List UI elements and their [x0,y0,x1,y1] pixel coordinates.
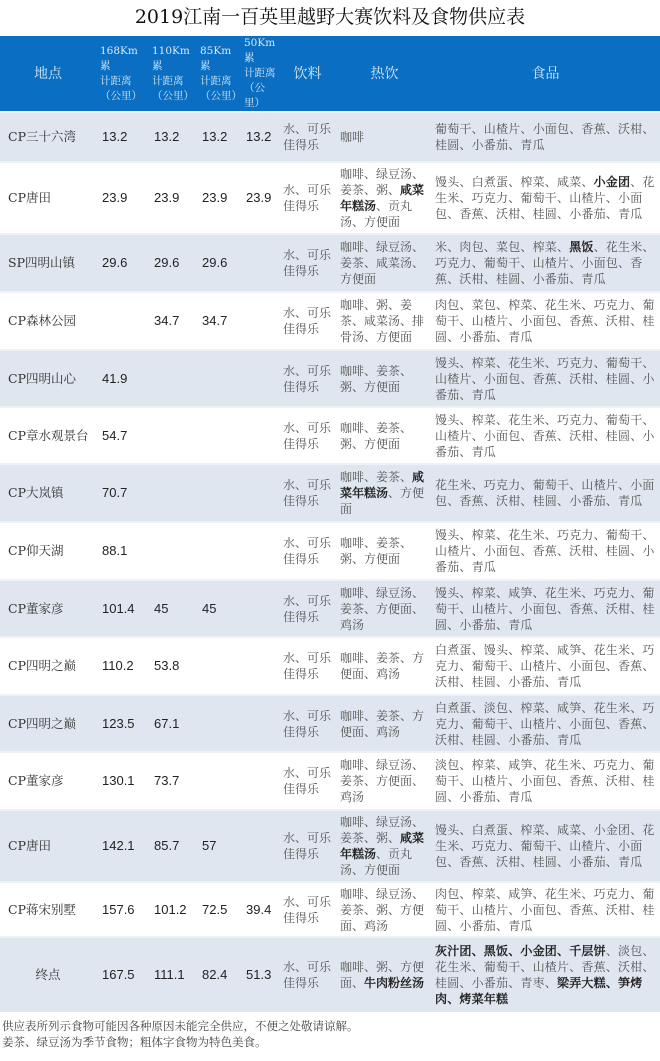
location-cell: CP蒋宋别墅 [0,882,96,937]
location-cell: CP大岚镇 [0,464,96,522]
table-row: CP四明之巅110.253.8水、可乐佳得乐咖啡、姜茶、方便面、鸡汤白煮蛋、馒头… [0,637,660,695]
drinks-text: 水、可乐佳得乐 [283,535,338,567]
dist-168-cell: 70.7 [96,464,148,522]
hot-drinks-cell: 咖啡、姜茶、方便面、鸡汤 [338,695,431,752]
dist-168-cell: 88.1 [96,522,148,580]
food-cell: 灰汁团、黑饭、小金团、千层饼、淡包、花生米、葡萄干、山楂片、香蕉、沃柑、桂圆、小… [431,937,660,1012]
hot-drinks-cell: 咖啡、姜茶、粥、方便面 [338,407,431,464]
drinks-cell: 水、可乐佳得乐 [277,752,338,810]
drinks-line: 佳得乐 [283,910,338,926]
drinks-cell: 水、可乐佳得乐 [277,580,338,637]
header-dist-85-line1: 85Km累 [200,44,240,74]
dist-168-cell: 130.1 [96,752,148,810]
location-cell: SP四明山镇 [0,234,96,292]
supply-table: 地点 168Km累 计距离 （公里） 110Km累 计距离 （公里） 85Km累… [0,36,660,1012]
hot-drinks-cell: 咖啡、姜茶、粥、方便面 [338,522,431,580]
item-text: 馒头、白煮蛋、榨菜、咸菜、 [435,175,594,189]
dist-85-cell: 34.7 [196,292,240,350]
dist-110-cell [148,522,196,580]
header-dist-50-line3: （公里） [244,81,277,111]
food-cell: 肉包、菜包、榨菜、花生米、巧克力、葡萄干、山楂片、小面包、香蕉、沃柑、桂圆、小番… [431,292,660,350]
hot-drinks-cell: 咖啡、粥、姜茶、咸菜汤、排骨汤、方便面 [338,292,431,350]
dist-110-cell: 101.2 [148,882,196,937]
drinks-line: 佳得乐 [283,137,338,153]
location-cell: CP章水观景台 [0,407,96,464]
header-hot-drinks: 热饮 [338,36,431,112]
hot-drinks-cell: 咖啡 [338,112,431,162]
dist-85-cell [196,350,240,407]
drinks-cell: 水、可乐佳得乐 [277,637,338,695]
dist-85-cell [196,464,240,522]
item-text: 咖啡 [340,130,364,144]
specialty-item: 灰汁团、黑饭、小金团、千层饼 [435,944,606,958]
table-row: CP唐田23.923.923.923.9水、可乐佳得乐咖啡、绿豆汤、姜茶、粥、咸… [0,162,660,234]
location-cell: CP森林公园 [0,292,96,350]
hot-drinks-cell: 咖啡、绿豆汤、姜茶、方便面、鸡汤 [338,580,431,637]
food-cell: 馒头、榨菜、花生米、巧克力、葡萄干、山楂片、小面包、香蕉、沃柑、桂圆、小番茄、青… [431,407,660,464]
dist-85-cell: 29.6 [196,234,240,292]
drinks-line: 水、可乐 [283,765,338,781]
dist-168-cell: 101.4 [96,580,148,637]
item-text: 肉包、菜包、榨菜、花生米、巧克力、葡萄干、山楂片、小面包、香蕉、沃柑、桂圆、小番… [435,298,655,344]
drinks-line: 水、可乐 [283,305,338,321]
footer-note-1: 供应表所列示食物可能因各种原因未能完全供应，不便之处敬请谅解。 [2,1018,660,1034]
drinks-line: 佳得乐 [283,263,338,279]
dist-110-cell: 111.1 [148,937,196,1012]
food-cell: 馒头、榨菜、花生米、巧克力、葡萄干、山楂片、小面包、香蕉、沃柑、桂圆、小番茄、青… [431,522,660,580]
drinks-line: 水、可乐 [283,593,338,609]
food-cell: 馒头、白煮蛋、榨菜、咸菜、小金团、花生米、巧克力、葡萄干、山楂片、小面包、香蕉、… [431,810,660,882]
table-row: CP章水观景台54.7水、可乐佳得乐咖啡、姜茶、粥、方便面馒头、榨菜、花生米、巧… [0,407,660,464]
dist-85-cell [196,637,240,695]
header-dist-168-line3: （公里） [100,89,148,104]
dist-85-cell: 72.5 [196,882,240,937]
page-title: 2019江南一百英里越野大赛饮料及食物供应表 [0,0,660,36]
hot-drinks-cell: 咖啡、姜茶、方便面、鸡汤 [338,637,431,695]
item-text: 咖啡、绿豆汤、姜茶、方便面、鸡汤 [340,586,424,632]
dist-85-cell [196,407,240,464]
hot-drinks-cell: 咖啡、姜茶、咸菜年糕汤、方便面 [338,464,431,522]
drinks-text: 水、可乐佳得乐 [283,650,338,682]
table-row: CP三十六湾13.213.213.213.2水、可乐佳得乐咖啡葡萄干、山楂片、小… [0,112,660,162]
drinks-line: 佳得乐 [283,379,338,395]
header-food: 食品 [431,36,660,112]
drinks-line: 水、可乐 [283,363,338,379]
item-text: 咖啡、姜茶、 [340,470,412,484]
table-row: CP仰天湖88.1水、可乐佳得乐咖啡、姜茶、粥、方便面馒头、榨菜、花生米、巧克力… [0,522,660,580]
food-cell: 馒头、白煮蛋、榨菜、咸菜、小金团、花生米、巧克力、葡萄干、山楂片、小面包、香蕉、… [431,162,660,234]
food-cell: 肉包、榨菜、咸笋、花生米、巧克力、葡萄干、山楂片、小面包、香蕉、沃柑、桂圆、小番… [431,882,660,937]
item-text: 咖啡、姜茶、粥、方便面 [340,536,412,566]
drinks-line: 佳得乐 [283,493,338,509]
dist-110-cell: 73.7 [148,752,196,810]
dist-110-cell: 45 [148,580,196,637]
drinks-text: 水、可乐佳得乐 [283,420,338,452]
specialty-item: 黑饭 [569,240,593,254]
drinks-line: 佳得乐 [283,436,338,452]
table-row: SP四明山镇29.629.629.6水、可乐佳得乐咖啡、绿豆汤、姜茶、咸菜汤、方… [0,234,660,292]
header-dist-110: 110Km累 计距离 （公里） [148,36,196,112]
item-text: 馒头、榨菜、花生米、巧克力、葡萄干、山楂片、小面包、香蕉、沃柑、桂圆、小番茄、青… [435,413,655,459]
location-cell: CP仰天湖 [0,522,96,580]
food-cell: 淡包、榨菜、咸笋、花生米、巧克力、葡萄干、山楂片、小面包、香蕉、沃柑、桂圆、小番… [431,752,660,810]
drinks-text: 水、可乐佳得乐 [283,830,338,862]
drinks-cell: 水、可乐佳得乐 [277,350,338,407]
hot-drinks-cell: 咖啡、绿豆汤、姜茶、咸菜汤、方便面 [338,234,431,292]
dist-50-cell [240,810,277,882]
food-cell: 白煮蛋、馒头、榨菜、咸笋、花生米、巧克力、葡萄干、山楂片、小面包、香蕉、沃柑、桂… [431,637,660,695]
dist-50-cell [240,350,277,407]
drinks-text: 水、可乐佳得乐 [283,593,338,625]
drinks-line: 佳得乐 [283,846,338,862]
header-dist-110-line3: （公里） [152,89,196,104]
drinks-text: 水、可乐佳得乐 [283,121,338,153]
drinks-cell: 水、可乐佳得乐 [277,162,338,234]
item-text: 白煮蛋、淡包、榨菜、咸笋、花生米、巧克力、葡萄干、山楂片、小面包、香蕉、沃柑、桂… [435,701,655,747]
hot-drinks-cell: 咖啡、绿豆汤、姜茶、方便面、鸡汤 [338,752,431,810]
dist-50-cell: 23.9 [240,162,277,234]
drinks-line: 水、可乐 [283,477,338,493]
item-text: 咖啡、姜茶、方便面、鸡汤 [340,709,424,739]
item-text: 淡包、榨菜、咸笋、花生米、巧克力、葡萄干、山楂片、小面包、香蕉、沃柑、桂圆、小番… [435,758,655,804]
item-text: 肉包、榨菜、咸笋、花生米、巧克力、葡萄干、山楂片、小面包、香蕉、沃柑、桂圆、小番… [435,887,655,933]
header-location: 地点 [0,36,96,112]
table-body: CP三十六湾13.213.213.213.2水、可乐佳得乐咖啡葡萄干、山楂片、小… [0,112,660,1012]
food-cell: 馒头、榨菜、花生米、巧克力、葡萄干、山楂片、小面包、香蕉、沃柑、桂圆、小番茄、青… [431,350,660,407]
drinks-line: 水、可乐 [283,535,338,551]
dist-168-cell: 41.9 [96,350,148,407]
dist-110-cell: 85.7 [148,810,196,882]
dist-85-cell [196,522,240,580]
drinks-text: 水、可乐佳得乐 [283,477,338,509]
dist-50-cell: 13.2 [240,112,277,162]
footer-notes: 供应表所列示食物可能因各种原因未能完全供应，不便之处敬请谅解。 姜茶、绿豆汤为季… [0,1012,660,1050]
hot-drinks-cell: 咖啡、绿豆汤、姜茶、粥、咸菜年糕汤、贡丸汤、方便面 [338,810,431,882]
dist-50-cell [240,695,277,752]
dist-50-cell [240,234,277,292]
food-cell: 白煮蛋、淡包、榨菜、咸笋、花生米、巧克力、葡萄干、山楂片、小面包、香蕉、沃柑、桂… [431,695,660,752]
drinks-cell: 水、可乐佳得乐 [277,464,338,522]
table-row: CP四明山心41.9水、可乐佳得乐咖啡、姜茶、粥、方便面馒头、榨菜、花生米、巧克… [0,350,660,407]
food-cell: 花生米、巧克力、葡萄干、山楂片、小面包、香蕉、沃柑、桂圆、小番茄、青瓜 [431,464,660,522]
drinks-line: 佳得乐 [283,198,338,214]
table-row: CP蒋宋别墅157.6101.272.539.4水、可乐佳得乐咖啡、绿豆汤、姜茶… [0,882,660,937]
location-cell: CP唐田 [0,162,96,234]
dist-50-cell [240,580,277,637]
drinks-line: 佳得乐 [283,551,338,567]
location-cell: CP董家彦 [0,752,96,810]
dist-168-cell: 167.5 [96,937,148,1012]
dist-110-cell: 13.2 [148,112,196,162]
location-cell: CP三十六湾 [0,112,96,162]
header-drinks: 饮料 [277,36,338,112]
table-row: CP董家彦130.173.7水、可乐佳得乐咖啡、绿豆汤、姜茶、方便面、鸡汤淡包、… [0,752,660,810]
header-dist-50: 50Km累 计距离 （公里） [240,36,277,112]
drinks-line: 佳得乐 [283,321,338,337]
dist-110-cell: 29.6 [148,234,196,292]
dist-85-cell: 57 [196,810,240,882]
drinks-text: 水、可乐佳得乐 [283,765,338,797]
drinks-text: 水、可乐佳得乐 [283,305,338,337]
table-row: CP四明之巅123.567.1水、可乐佳得乐咖啡、姜茶、方便面、鸡汤白煮蛋、淡包… [0,695,660,752]
drinks-line: 水、可乐 [283,650,338,666]
dist-85-cell: 13.2 [196,112,240,162]
dist-168-cell [96,292,148,350]
specialty-item: 小金团 [594,175,631,189]
drinks-line: 水、可乐 [283,247,338,263]
drinks-text: 水、可乐佳得乐 [283,708,338,740]
food-cell: 葡萄干、山楂片、小面包、香蕉、沃柑、桂圆、小番茄、青瓜 [431,112,660,162]
table-header-row: 地点 168Km累 计距离 （公里） 110Km累 计距离 （公里） 85Km累… [0,36,660,112]
item-text: 馒头、榨菜、咸笋、花生米、巧克力、葡萄干、山楂片、小面包、香蕉、沃柑、桂圆、小番… [435,586,655,632]
drinks-line: 水、可乐 [283,182,338,198]
hot-drinks-cell: 咖啡、姜茶、粥、方便面 [338,350,431,407]
footer-note-2: 姜茶、绿豆汤为季节食物；粗体字食物为特色美食。 [2,1034,660,1050]
drinks-text: 水、可乐佳得乐 [283,959,338,991]
drinks-text: 水、可乐佳得乐 [283,182,338,214]
header-dist-168-line1: 168Km累 [100,44,148,74]
drinks-line: 佳得乐 [283,724,338,740]
dist-168-cell: 23.9 [96,162,148,234]
table-row: CP唐田142.185.757水、可乐佳得乐咖啡、绿豆汤、姜茶、粥、咸菜年糕汤、… [0,810,660,882]
item-text: 馒头、白煮蛋、榨菜、咸菜、小金团、花生米、巧克力、葡萄干、山楂片、小面包、香蕉、… [435,823,655,869]
dist-110-cell [148,407,196,464]
header-dist-110-line1: 110Km累 [152,44,196,74]
header-dist-85-line2: 计距离 [200,74,240,89]
dist-110-cell [148,350,196,407]
drinks-cell: 水、可乐佳得乐 [277,292,338,350]
drinks-text: 水、可乐佳得乐 [283,247,338,279]
header-dist-50-line1: 50Km累 [244,36,277,66]
header-dist-110-line2: 计距离 [152,74,196,89]
item-text: 咖啡、姜茶、粥、方便面 [340,421,412,451]
drinks-line: 佳得乐 [283,975,338,991]
dist-110-cell: 34.7 [148,292,196,350]
drinks-cell: 水、可乐佳得乐 [277,882,338,937]
dist-50-cell [240,637,277,695]
drinks-cell: 水、可乐佳得乐 [277,234,338,292]
item-text: 咖啡、绿豆汤、姜茶、方便面、鸡汤 [340,758,424,804]
dist-50-cell [240,464,277,522]
dist-50-cell [240,752,277,810]
header-dist-168-line2: 计距离 [100,74,148,89]
drinks-cell: 水、可乐佳得乐 [277,695,338,752]
drinks-text: 水、可乐佳得乐 [283,363,338,395]
dist-50-cell [240,407,277,464]
dist-168-cell: 157.6 [96,882,148,937]
location-cell: CP四明山心 [0,350,96,407]
dist-168-cell: 13.2 [96,112,148,162]
drinks-line: 水、可乐 [283,121,338,137]
header-dist-50-line2: 计距离 [244,66,277,81]
table-row: CP大岚镇70.7水、可乐佳得乐咖啡、姜茶、咸菜年糕汤、方便面花生米、巧克力、葡… [0,464,660,522]
location-cell: CP四明之巅 [0,637,96,695]
item-text: 咖啡、绿豆汤、姜茶、咸菜汤、方便面 [340,240,424,286]
drinks-line: 水、可乐 [283,830,338,846]
drinks-cell: 水、可乐佳得乐 [277,112,338,162]
dist-168-cell: 110.2 [96,637,148,695]
dist-50-cell: 39.4 [240,882,277,937]
item-text: 葡萄干、山楂片、小面包、香蕉、沃柑、桂圆、小番茄、青瓜 [435,122,655,152]
dist-50-cell [240,522,277,580]
drinks-line: 水、可乐 [283,708,338,724]
drinks-line: 水、可乐 [283,894,338,910]
hot-drinks-cell: 咖啡、绿豆汤、姜茶、粥、方便面、鸡汤 [338,882,431,937]
drinks-line: 水、可乐 [283,959,338,975]
dist-110-cell: 53.8 [148,637,196,695]
food-cell: 馒头、榨菜、咸笋、花生米、巧克力、葡萄干、山楂片、小面包、香蕉、沃柑、桂圆、小番… [431,580,660,637]
drinks-cell: 水、可乐佳得乐 [277,937,338,1012]
food-cell: 米、肉包、菜包、榨菜、黑饭、花生米、巧克力、葡萄干、山楂片、小面包、香蕉、沃柑、… [431,234,660,292]
dist-168-cell: 29.6 [96,234,148,292]
drinks-line: 佳得乐 [283,781,338,797]
item-text: 花生米、巧克力、葡萄干、山楂片、小面包、香蕉、沃柑、桂圆、小番茄、青瓜 [435,478,655,508]
dist-85-cell [196,695,240,752]
dist-85-cell [196,752,240,810]
item-text: 咖啡、粥、姜茶、咸菜汤、排骨汤、方便面 [340,298,424,344]
dist-110-cell: 23.9 [148,162,196,234]
item-text: 咖啡、绿豆汤、姜茶、粥、方便面、鸡汤 [340,887,424,933]
drinks-cell: 水、可乐佳得乐 [277,407,338,464]
item-text: 白煮蛋、馒头、榨菜、咸笋、花生米、巧克力、葡萄干、山楂片、小面包、香蕉、沃柑、桂… [435,643,655,689]
dist-85-cell: 45 [196,580,240,637]
header-dist-85: 85Km累 计距离 （公里） [196,36,240,112]
item-text: 米、肉包、菜包、榨菜、 [435,240,569,254]
dist-85-cell: 23.9 [196,162,240,234]
dist-168-cell: 142.1 [96,810,148,882]
drinks-line: 水、可乐 [283,420,338,436]
specialty-item: 牛肉粉丝汤 [364,976,424,990]
dist-110-cell: 67.1 [148,695,196,752]
drinks-cell: 水、可乐佳得乐 [277,810,338,882]
location-cell: 终点 [0,937,96,1012]
dist-50-cell [240,292,277,350]
dist-50-cell: 51.3 [240,937,277,1012]
location-cell: CP董家彦 [0,580,96,637]
dist-168-cell: 123.5 [96,695,148,752]
dist-85-cell: 82.4 [196,937,240,1012]
drinks-line: 佳得乐 [283,666,338,682]
drinks-line: 佳得乐 [283,609,338,625]
hot-drinks-cell: 咖啡、绿豆汤、姜茶、粥、咸菜年糕汤、贡丸汤、方便面 [338,162,431,234]
hot-drinks-cell: 咖啡、粥、方便面、牛肉粉丝汤 [338,937,431,1012]
item-text: 咖啡、姜茶、方便面、鸡汤 [340,651,424,681]
drinks-cell: 水、可乐佳得乐 [277,522,338,580]
item-text: 馒头、榨菜、花生米、巧克力、葡萄干、山楂片、小面包、香蕉、沃柑、桂圆、小番茄、青… [435,356,655,402]
table-row: CP森林公园34.734.7水、可乐佳得乐咖啡、粥、姜茶、咸菜汤、排骨汤、方便面… [0,292,660,350]
dist-168-cell: 54.7 [96,407,148,464]
table-row: CP董家彦101.44545水、可乐佳得乐咖啡、绿豆汤、姜茶、方便面、鸡汤馒头、… [0,580,660,637]
location-cell: CP唐田 [0,810,96,882]
drinks-text: 水、可乐佳得乐 [283,894,338,926]
header-dist-85-line3: （公里） [200,89,240,104]
table-row: 终点167.5111.182.451.3水、可乐佳得乐咖啡、粥、方便面、牛肉粉丝… [0,937,660,1012]
item-text: 咖啡、姜茶、粥、方便面 [340,364,412,394]
dist-110-cell [148,464,196,522]
location-cell: CP四明之巅 [0,695,96,752]
item-text: 馒头、榨菜、花生米、巧克力、葡萄干、山楂片、小面包、香蕉、沃柑、桂圆、小番茄、青… [435,528,655,574]
header-dist-168: 168Km累 计距离 （公里） [96,36,148,112]
